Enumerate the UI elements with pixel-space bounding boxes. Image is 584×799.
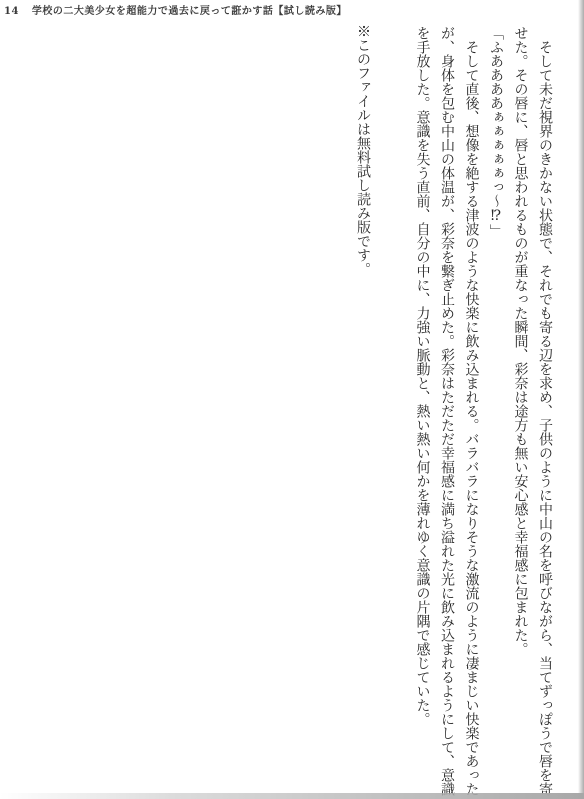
paragraph-dialogue: 「ふああああぁぁぁぁぁっ～⁉」 (484, 26, 509, 798)
page-number: 14 (4, 6, 19, 17)
paragraph-narration-2: そして直後、想像を絶する津波のような快楽に飲み込まれる。バラバラになりそうな激流… (410, 26, 484, 798)
running-head: 14 学校の二大美少女を超能力で過去に戻って誑かす話【試し読み版】 (4, 2, 347, 17)
page-edge-shadow-right (578, 0, 584, 799)
page-edge-shadow-bottom (0, 793, 584, 799)
free-sample-note: ※このファイルは無料試し読み版です。 (352, 24, 374, 276)
book-page: 14 学校の二大美少女を超能力で過去に戻って誑かす話【試し読み版】 そして未だ視… (0, 0, 584, 799)
main-vertical-text: そして未だ視界のきかない状態で、それでも寄る辺を求め、子供のように中山の名を呼び… (410, 26, 557, 798)
running-head-title: 学校の二大美少女を超能力で過去に戻って誑かす話【試し読み版】 (32, 6, 347, 17)
paragraph-narration-1: そして未だ視界のきかない状態で、それでも寄る辺を求め、子供のように中山の名を呼び… (508, 26, 557, 798)
